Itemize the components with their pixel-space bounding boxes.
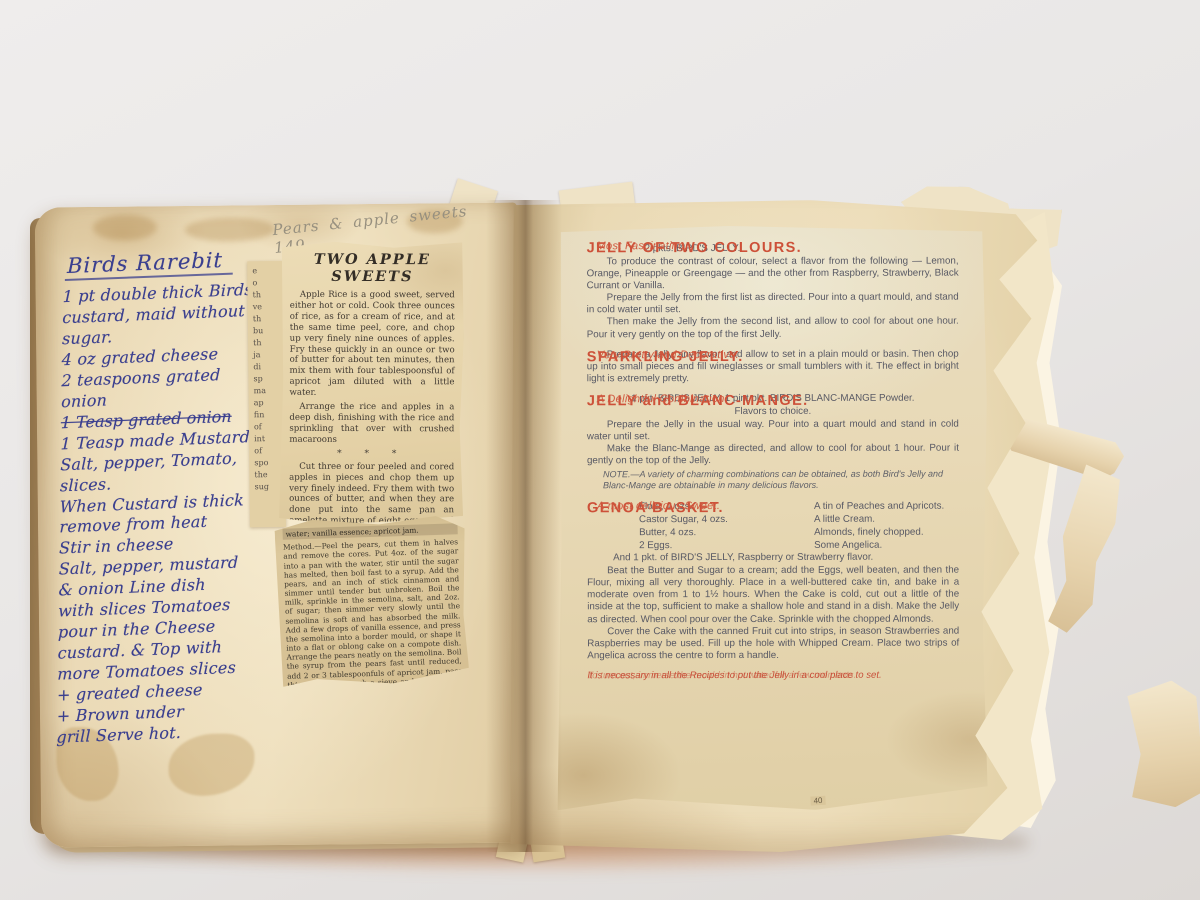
section-jelly-of-two-colours: JELLY OF TWO COLOURS. Most Fascinating. bbox=[587, 240, 959, 241]
ingredient-cell: A little Cream. bbox=[814, 513, 959, 526]
section-subtitle: Very Pretty and Decorative. bbox=[597, 349, 739, 361]
section-subtitle: A Delightful Combination. bbox=[597, 393, 728, 405]
recipe-note: NOTE.—A variety of charming combinations… bbox=[587, 469, 959, 491]
page-number-fragment: 40 bbox=[810, 796, 825, 806]
ingredient-cell: Some Angelica. bbox=[814, 539, 959, 552]
recipe-paragraph: Prepare the Jelly in the usual way. Pour… bbox=[587, 418, 959, 443]
footer-line-faded: To turn out, immerse the mould in hot wa… bbox=[587, 670, 856, 683]
section-subtitle: A most delicious Sweet. bbox=[597, 500, 720, 512]
fabric-tie-ribbon bbox=[1119, 678, 1200, 812]
ingredient-cell: Almonds, finely chopped. bbox=[814, 526, 959, 539]
ingredient-cell: 2 Eggs. bbox=[639, 539, 814, 552]
leaflet-footer-note: It is necessary in all the Recipes to pu… bbox=[587, 670, 959, 671]
glue-stain bbox=[93, 214, 157, 241]
clipping-title: TWO APPLE SWEETS bbox=[290, 251, 455, 286]
asterisk-separator: * * * bbox=[289, 448, 454, 459]
handwritten-recipe-title: Birds Rarebit bbox=[65, 248, 233, 281]
recipe-paragraph: Make the Blanc-Mange as directed, and al… bbox=[587, 443, 959, 468]
ingredient-cell: A tin of Peaches and Apricots. bbox=[814, 499, 959, 512]
left-page: Pears & apple sweets 149 Birds Rarebit 1… bbox=[35, 202, 524, 847]
clipping-paragraph: Cut three or four peeled and cored apple… bbox=[289, 461, 454, 524]
newspaper-clipping-two-apple-sweets: TWO APPLE SWEETS Apple Rice is a good sw… bbox=[279, 242, 464, 525]
recipe-paragraph: Cover the Cake with the canned Fruit cut… bbox=[587, 625, 959, 662]
clipping-paragraph: Apple Rice is a good sweet, served eithe… bbox=[289, 290, 454, 400]
recipe-paragraph: Then make the Jelly from the second list… bbox=[587, 316, 959, 341]
recipe-paragraph: Prepare the Jelly from the first list as… bbox=[587, 292, 959, 317]
scrapbook-photograph: Pears & apple sweets 149 Birds Rarebit 1… bbox=[0, 0, 1200, 900]
right-page: JELLY OF TWO COLOURS. Most Fascinating. … bbox=[510, 199, 1053, 854]
birds-jelly-leaflet: JELLY OF TWO COLOURS. Most Fascinating. … bbox=[557, 226, 988, 811]
section-subtitle: Most Fascinating. bbox=[597, 240, 688, 252]
recipe-paragraph: To produce the contrast of colour, selec… bbox=[587, 255, 959, 292]
recipe-paragraph: Beat the Butter and Sugar to a cream; ad… bbox=[587, 565, 959, 626]
newspaper-clipping-pears-method: water; vanilla essence; apricot jam. Met… bbox=[274, 515, 469, 687]
clipping-paragraph: Arrange the rice and apples in a deep di… bbox=[289, 402, 454, 446]
glue-stain bbox=[185, 217, 275, 242]
clipping-method-text: Method.—Peel the pears, cut them in halv… bbox=[283, 538, 463, 687]
ingredient-line: And 1 pkt. of BIRD'S JELLY, Raspberry or… bbox=[587, 552, 959, 565]
ingredient-cell: Butter, 4 ozs. bbox=[639, 526, 814, 539]
